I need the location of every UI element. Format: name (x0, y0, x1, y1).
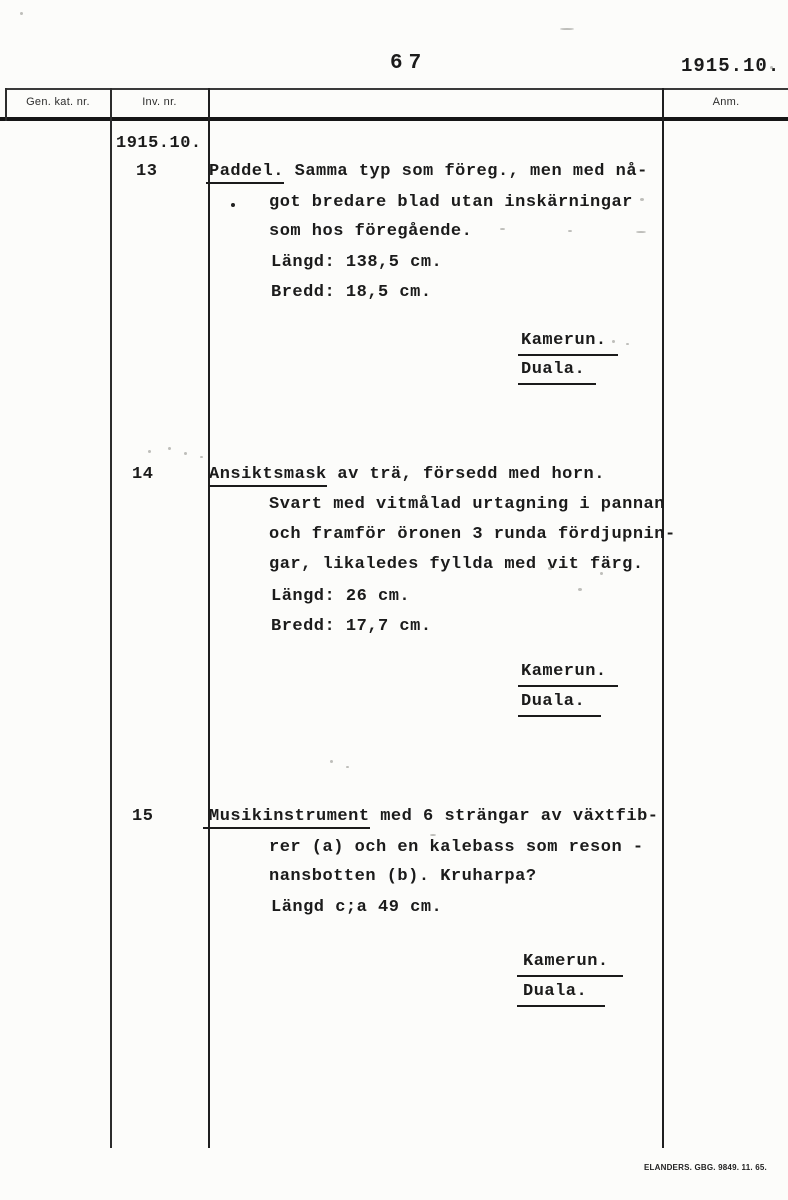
entry-13-locality-place: Duala. (521, 359, 596, 385)
year-group-label: 1915.10. (116, 133, 202, 155)
scan-speck (548, 567, 552, 570)
scan-speck (20, 12, 23, 15)
column-header-gen-kat-nr: Gen. kat. nr. (6, 96, 110, 108)
column-header-anm: Anm. (664, 96, 788, 108)
entry-13-measurement: Längd: 138,5 cm. (271, 252, 442, 274)
entry-15-title: Musikinstrument (203, 807, 370, 829)
column-rule-1 (110, 88, 112, 1148)
scan-speck (568, 230, 572, 232)
entry-14-title-line: Ansiktsmask av trä, försedd med horn. (209, 464, 605, 486)
header-top-rule (6, 88, 788, 90)
scan-speck (640, 198, 644, 201)
scan-speck (346, 766, 349, 768)
inv-nr-entry-15: 15 (132, 806, 153, 828)
entry-15-locality-country: Kamerun. (523, 951, 623, 977)
entry-14-title-rest: av trä, försedd med horn. (327, 465, 605, 484)
entry-14-body-line: gar, likaledes fyllda med vit färg. (269, 554, 644, 576)
entry-13-title-rest: Samma typ som föreg., men med nå- (284, 162, 648, 181)
entry-14-title: Ansiktsmask (209, 465, 327, 487)
entry-13-title: Paddel. (206, 162, 284, 184)
entry-14-body-line: Svart med vitmålad urtagning i pannan (269, 494, 665, 516)
entry-14-locality-country: Kamerun. (521, 661, 618, 687)
scan-speck (330, 760, 333, 763)
entry-13-title-line: Paddel. Samma typ som föreg., men med nå… (209, 161, 648, 183)
entry-13-measurement: Bredd: 18,5 cm. (271, 282, 432, 304)
scan-speck (200, 456, 203, 458)
scan-speck (168, 447, 171, 450)
scan-speck (626, 343, 629, 345)
scan-speck (430, 834, 436, 836)
page-number: 67 (390, 52, 427, 75)
entry-14-locality-place: Duala. (521, 691, 601, 717)
entry-13-body-line: got bredare blad utan inskärningar (269, 192, 633, 214)
inv-nr-entry-13: 13 (136, 161, 157, 183)
scan-speck (636, 231, 646, 233)
page-year-reference: 1915.10. (681, 55, 780, 77)
entry-15-locality-place: Duala. (523, 981, 605, 1007)
scanned-catalog-page: { "page": { "number": "67", "year_ref": … (0, 0, 788, 1200)
entry-13-body-line: som hos föregående. (269, 221, 472, 243)
scan-speck (612, 340, 615, 343)
inv-nr-entry-14: 14 (132, 464, 153, 486)
scan-speck (148, 450, 151, 453)
entry-15-title-line: Musikinstrument med 6 strängar av växtfi… (209, 806, 658, 828)
scan-speck (600, 572, 603, 575)
printer-imprint: ELANDERS. GBG. 9849. 11. 65. (644, 1163, 767, 1172)
scan-speck (560, 28, 574, 30)
entry-14-measurement: Bredd: 17,7 cm. (271, 616, 432, 638)
entry-14-measurement: Längd: 26 cm. (271, 586, 410, 608)
entry-15-body-line: nansbotten (b). Kruharpa? (269, 866, 537, 888)
header-bottom-rule (0, 117, 788, 121)
entry-15-measurement: Längd c;a 49 cm. (271, 897, 442, 919)
entry-15-body-line: rer (a) och en kalebass som reson - (269, 837, 644, 859)
scan-speck (578, 588, 582, 591)
column-rule-3 (662, 88, 664, 1148)
entry-14-body-line: och framför öronen 3 runda fördjupnin- (269, 524, 676, 546)
column-header-inv-nr: Inv. nr. (111, 96, 208, 108)
scan-speck (184, 452, 187, 455)
column-rule-2 (208, 88, 210, 1148)
entry-15-title-rest: med 6 strängar av växtfib- (370, 807, 659, 826)
scan-speck (231, 203, 235, 207)
entry-13-locality-country: Kamerun. (521, 330, 618, 356)
scan-speck (770, 66, 773, 69)
scan-speck (500, 228, 505, 230)
